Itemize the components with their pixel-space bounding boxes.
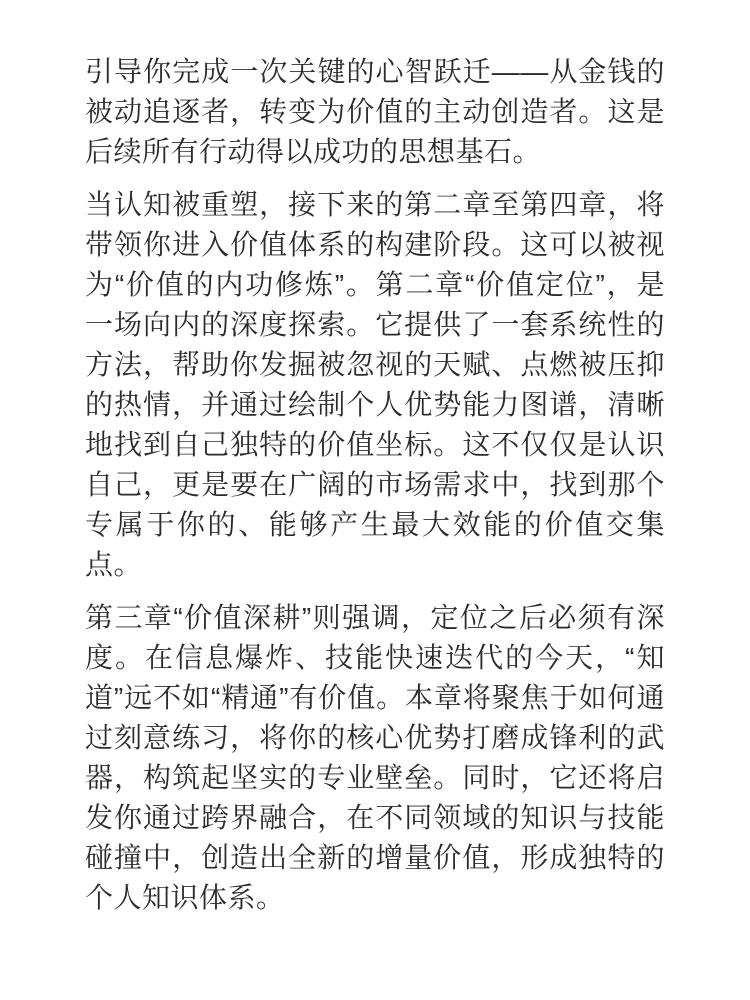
- paragraph-3: 第三章“价值深耕”则强调，定位之后必须有深度。在信息爆炸、技能快速迭代的今天，“…: [85, 598, 665, 918]
- article-body: 引导你完成一次关键的心智跃迁——从金钱的被动追逐者，转变为价值的主动创造者。这是…: [85, 52, 665, 918]
- paragraph-1: 引导你完成一次关键的心智跃迁——从金钱的被动追逐者，转变为价值的主动创造者。这是…: [85, 52, 665, 172]
- reader-page: 引导你完成一次关键的心智跃迁——从金钱的被动追逐者，转变为价值的主动创造者。这是…: [0, 0, 750, 1000]
- paragraph-2: 当认知被重塑，接下来的第二章至第四章，将带领你进入价值体系的构建阶段。这可以被视…: [85, 185, 665, 585]
